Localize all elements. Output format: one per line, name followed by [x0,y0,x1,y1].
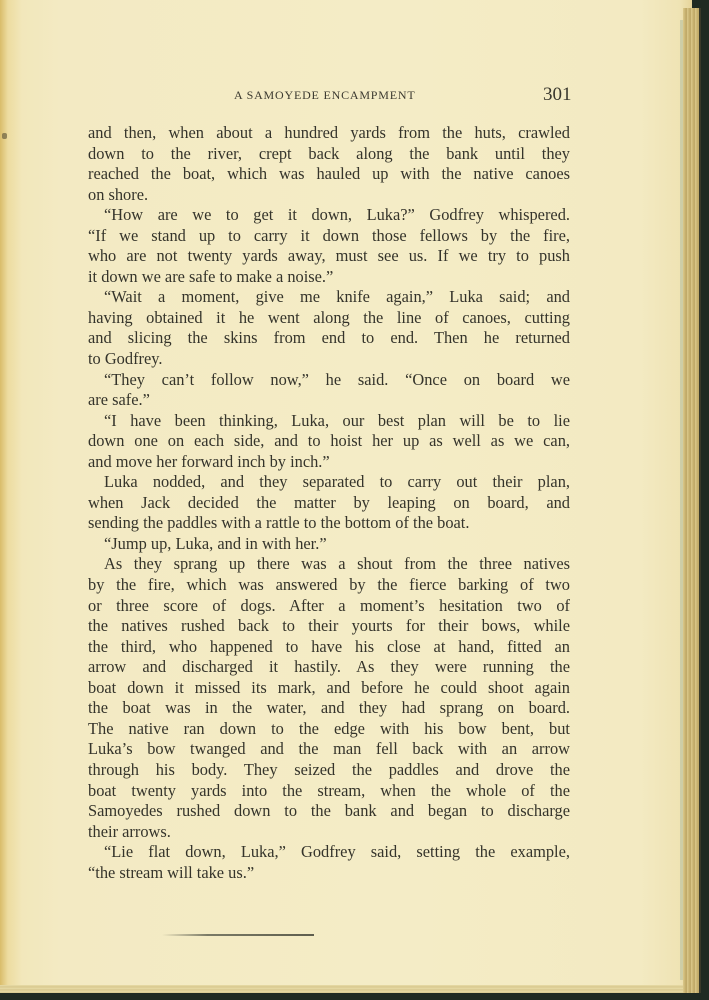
text-line: the natives rushed back to their yourts … [88,616,570,637]
gutter-mark [2,133,7,139]
text-line: As they sprang up there was a shout from… [88,554,570,575]
text-line: and move her forward inch by inch.” [88,452,570,473]
text-line: “Jump up, Luka, and in with her.” [88,534,570,555]
text-line: who are not twenty yards away, must see … [88,246,570,267]
text-line: through his body. They seized the paddle… [88,760,570,781]
text-line: the third, who happened to have his clos… [88,637,570,658]
text-line: “I have been thinking, Luka, our best pl… [88,411,570,432]
page-number: 301 [543,84,572,106]
text-line: to Godfrey. [88,349,570,370]
text-line: or three score of dogs. After a moment’s… [88,596,570,617]
text-line: down to the river, crept back along the … [88,144,570,165]
text-line: sending the paddles with a rattle to the… [88,513,570,534]
running-head: A SAMOYEDE ENCAMPMENT [234,88,415,103]
end-rule [162,934,314,936]
text-line: it down we are safe to make a noise.” [88,267,570,288]
bottom-page-edges [0,985,692,993]
text-line: “They can’t follow now,” he said. “Once … [88,370,570,391]
text-line: “the stream will take us.” [88,863,570,884]
page-header: A SAMOYEDE ENCAMPMENT 301 [0,84,692,108]
text-line: Luka nodded, and they separated to carry… [88,472,570,493]
scanned-page-background: A SAMOYEDE ENCAMPMENT 301 and then, when… [0,0,709,1000]
text-line: “If we stand up to carry it down those f… [88,226,570,247]
text-line: are safe.” [88,390,570,411]
text-line: “How are we to get it down, Luka?” Godfr… [88,205,570,226]
text-line: The native ran down to the edge with his… [88,719,570,740]
book-page: A SAMOYEDE ENCAMPMENT 301 and then, when… [0,0,692,993]
text-line: Luka’s bow twanged and the man fell back… [88,739,570,760]
text-line: “Wait a moment, give me knife again,” Lu… [88,287,570,308]
text-line: the boat was in the water, and they had … [88,698,570,719]
text-line: boat down it missed its mark, and before… [88,678,570,699]
text-line: on shore. [88,185,570,206]
text-line: and then, when about a hundred yards fro… [88,123,570,144]
text-line: when Jack decided the matter by leaping … [88,493,570,514]
right-page-edges [683,8,701,993]
text-line: boat twenty yards into the stream, when … [88,781,570,802]
text-line: down one on each side, and to hoist her … [88,431,570,452]
text-line: reached the boat, which was hauled up wi… [88,164,570,185]
text-line: “Lie flat down, Luka,” Godfrey said, set… [88,842,570,863]
text-line: their arrows. [88,822,570,843]
text-line: Samoyedes rushed down to the bank and be… [88,801,570,822]
text-line: having obtained it he went along the lin… [88,308,570,329]
text-line: arrow and discharged it hastily. As they… [88,657,570,678]
body-text: and then, when about a hundred yards fro… [88,123,570,883]
text-line: by the fire, which was answered by the f… [88,575,570,596]
text-line: and slicing the skins from end to end. T… [88,328,570,349]
